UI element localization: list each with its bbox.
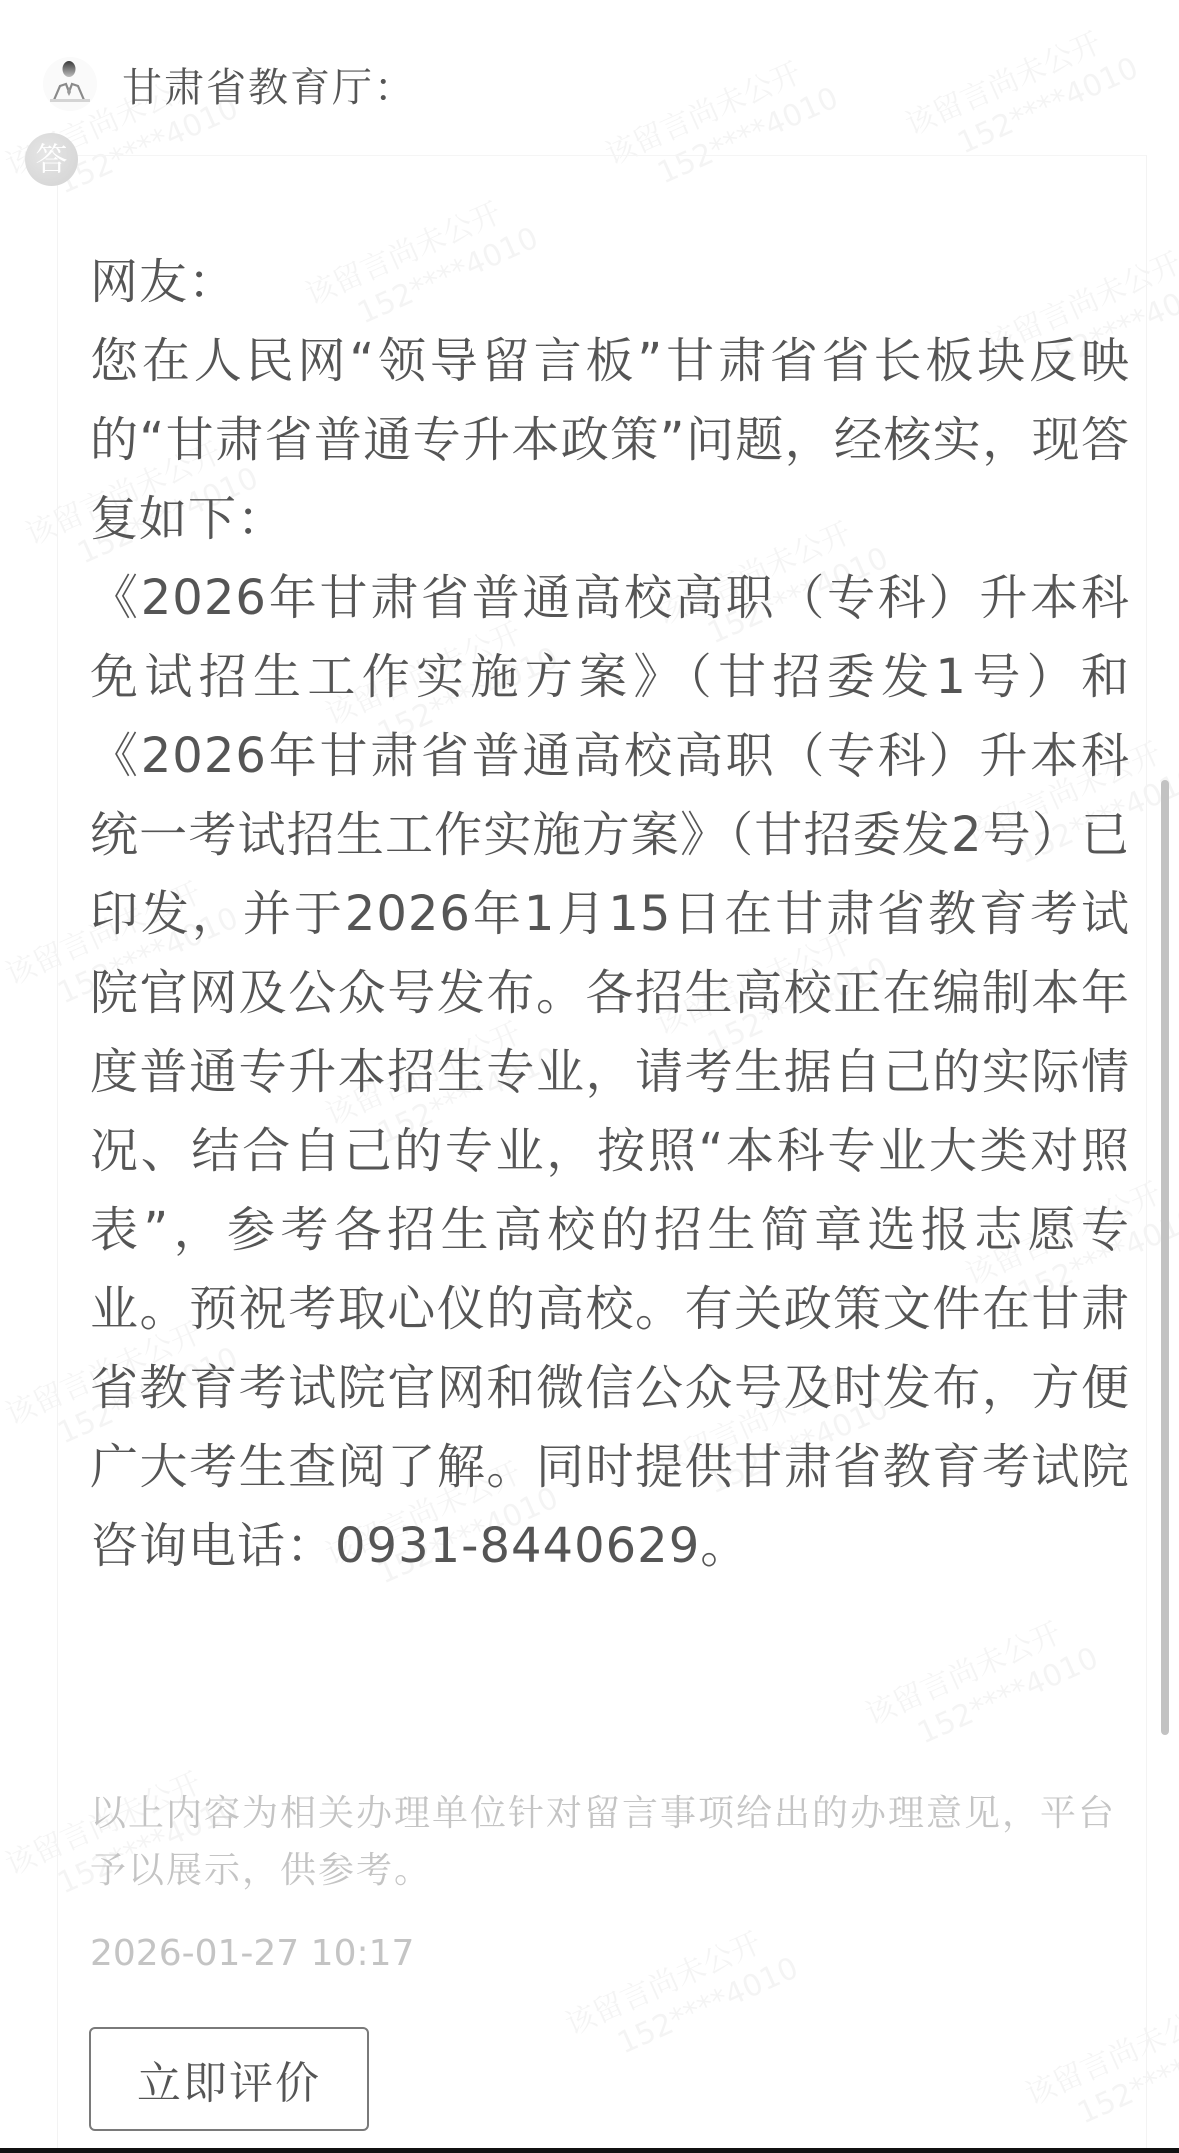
rate-now-button[interactable]: 立即评价: [89, 2027, 369, 2131]
reply-timestamp: 2026-01-27 10:17: [90, 1933, 414, 1974]
disclaimer-note: 以上内容为相关办理单位针对留言事项给出的办理意见，平台予以展示，供参考。: [90, 1785, 1130, 1899]
vertical-scrollbar[interactable]: [1161, 780, 1169, 1735]
answer-badge: 答: [25, 133, 78, 186]
reply-paragraph-intro: 您在人民网“领导留言板”甘肃省省长板块反映的“甘肃省普通专升本政策”问题，经核实…: [90, 322, 1130, 559]
responder-header: 甘肃省教育厅：: [40, 56, 416, 112]
bottom-divider: [0, 2148, 1179, 2153]
responder-name: 甘肃省教育厅：: [122, 56, 416, 113]
reply-greeting: 网友：: [90, 243, 1130, 322]
reply-paragraph-body: 《2026年甘肃省普通高校高职（专科）升本科免试招生工作实施方案》（甘招委发1号…: [90, 559, 1130, 1586]
official-person-icon: [40, 56, 100, 112]
reply-body: 网友： 您在人民网“领导留言板”甘肃省省长板块反映的“甘肃省普通专升本政策”问题…: [90, 243, 1130, 1586]
